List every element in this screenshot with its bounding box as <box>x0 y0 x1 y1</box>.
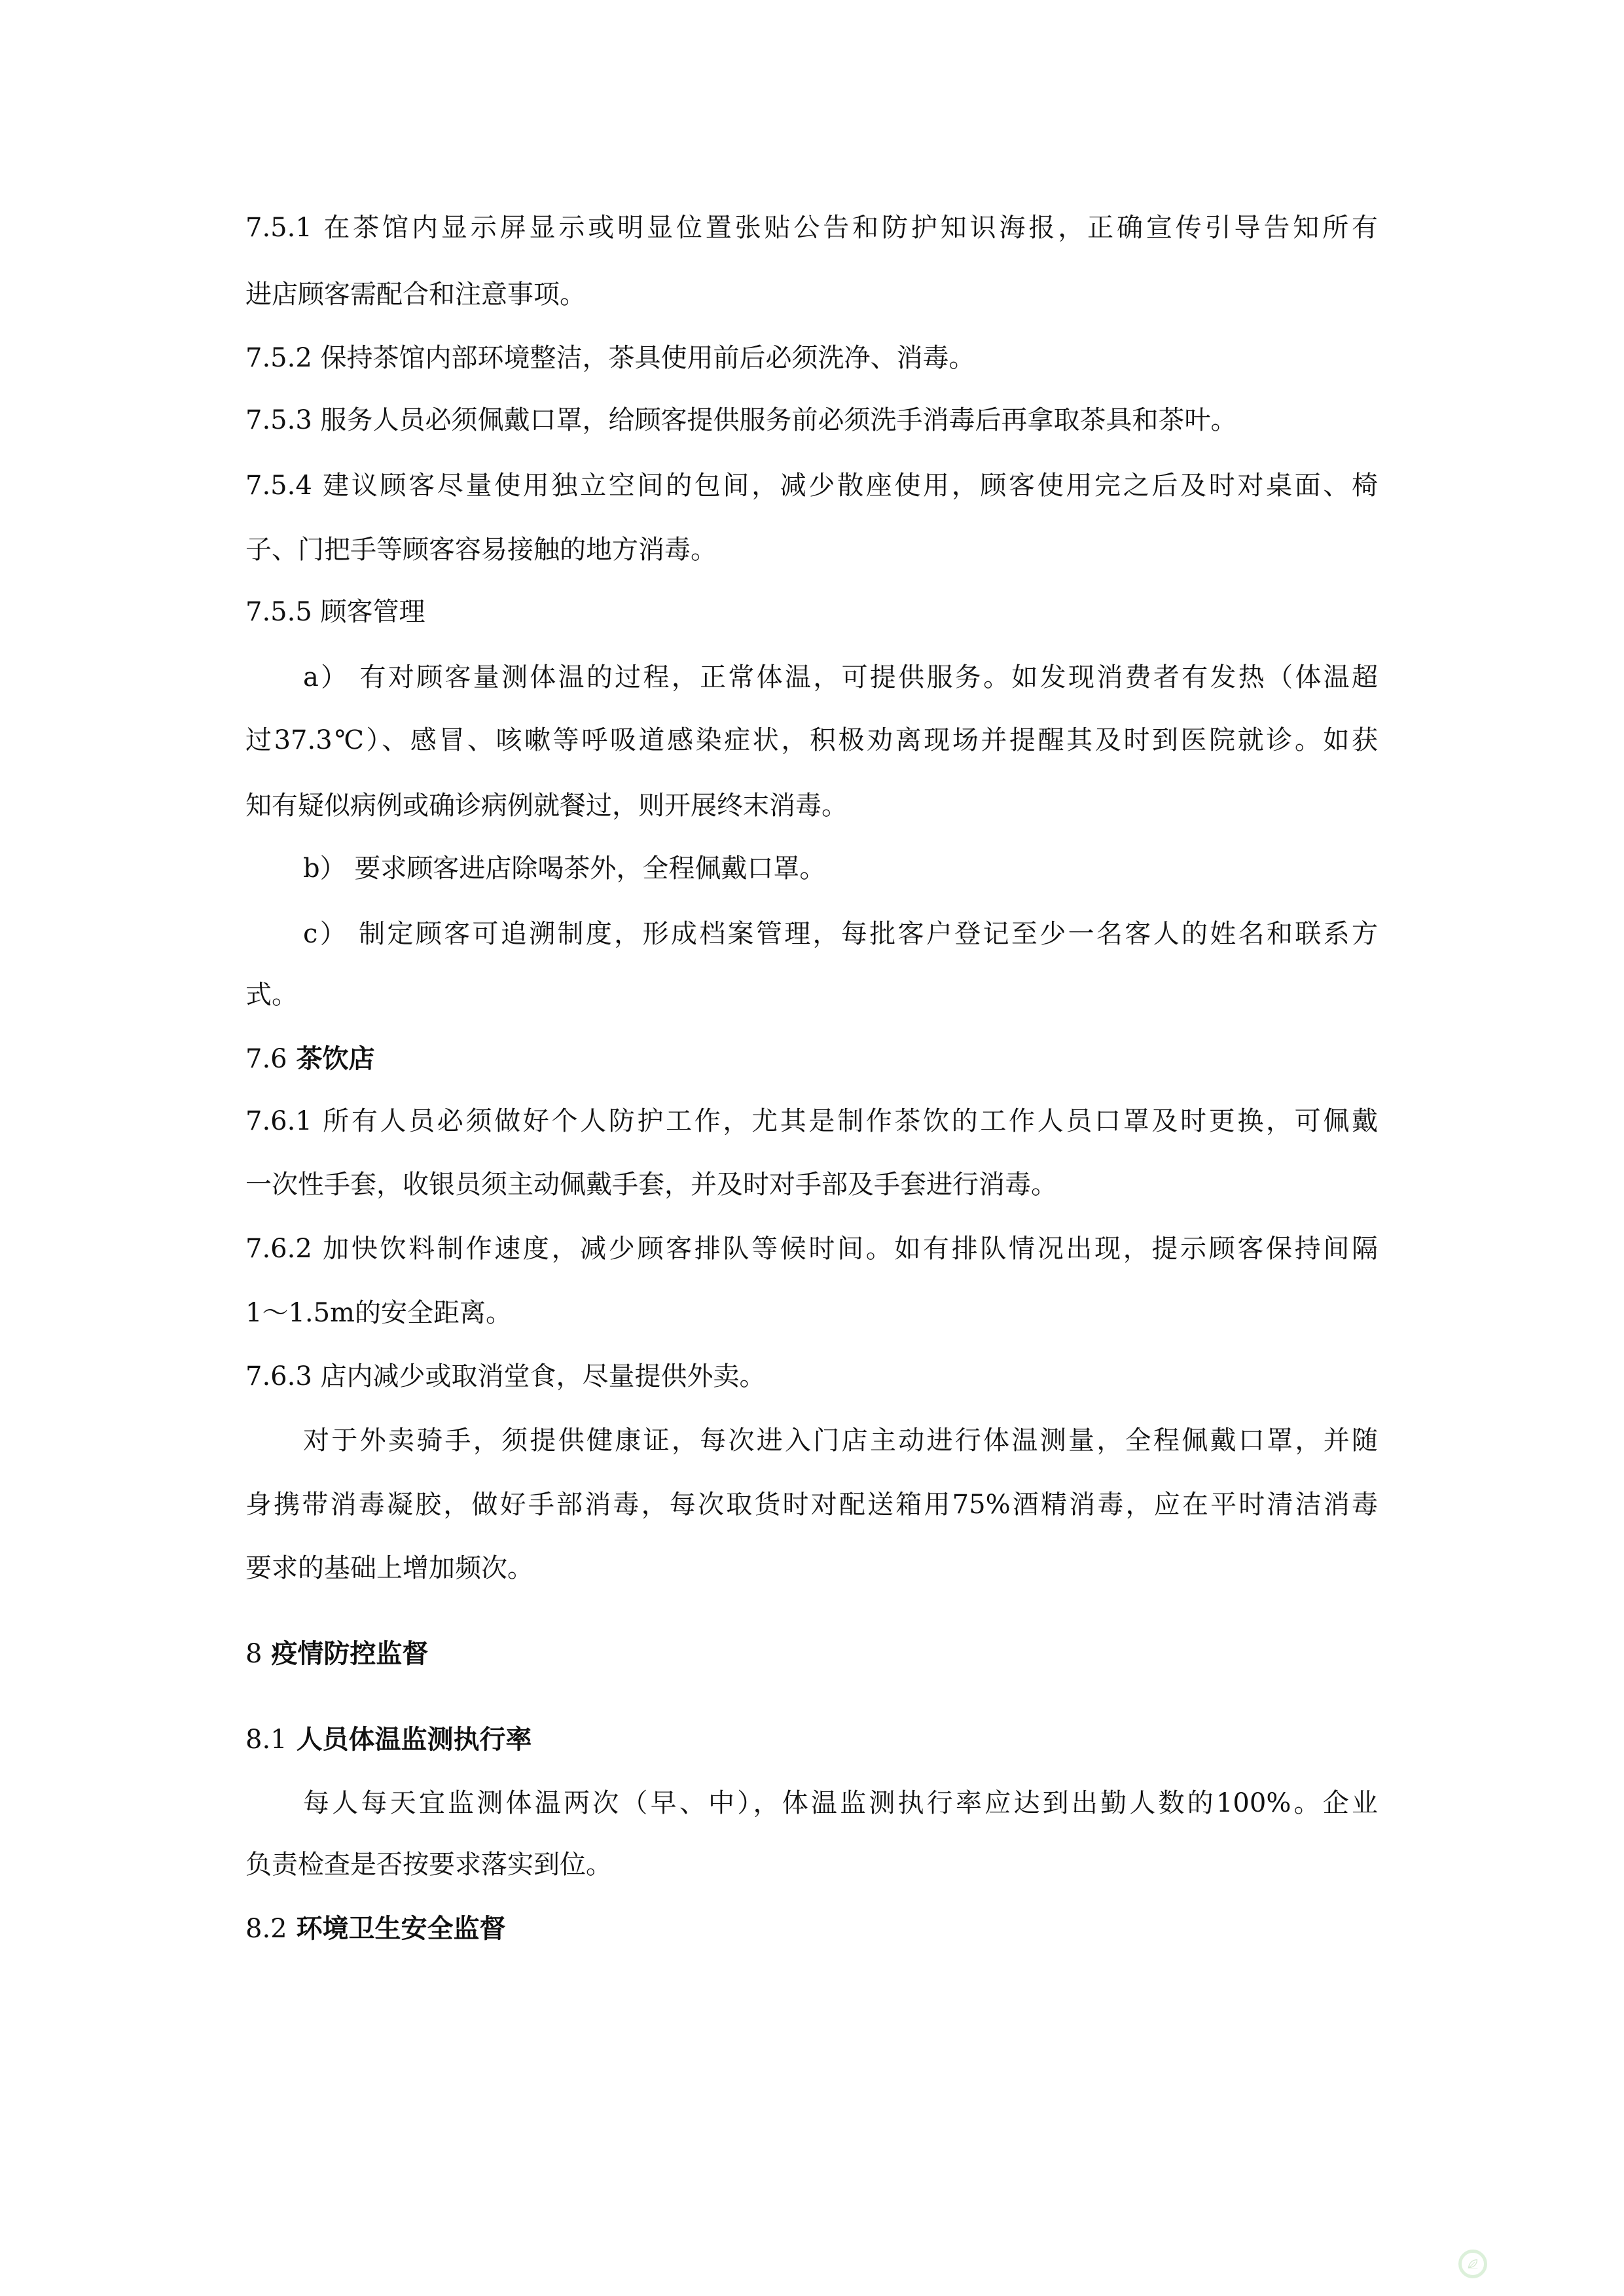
section-heading-8-1: 8.1 人员体温监测执行率 <box>245 1721 532 1758</box>
paragraph-delivery-line-2: 身携带消毒凝胶，做好手部消毒，每次取货时对配送箱用75%酒精消毒，应在平时清洁消… <box>245 1486 1378 1523</box>
leaf-icon <box>1466 2257 1480 2271</box>
document-page: 7.5.1 在茶馆内显示屏显示或明显位置张贴公告和防护知识海报，正确宣传引导告知… <box>0 0 1624 2296</box>
subheading-7-5-5: 7.5.5 顾客管理 <box>245 594 425 630</box>
list-item-c-line-2: 式。 <box>245 977 298 1013</box>
paragraph-7-6-2-line-1: 7.6.2 加快饮料制作速度，减少顾客排队等候时间。如有排队情况出现，提示顾客保… <box>245 1230 1378 1267</box>
section-title: 环境卫生安全监督 <box>297 1914 506 1944</box>
section-title: 人员体温监测执行率 <box>297 1725 532 1755</box>
list-item-a-line-3: 知有疑似病例或确诊病例就餐过，则开展终末消毒。 <box>245 787 848 824</box>
list-item-a-line-2: 过37.3℃）、感冒、咳嗽等呼吸道感染症状，积极劝离现场并提醒其及时到医院就诊。… <box>245 722 1378 759</box>
section-number: 8 <box>245 1639 262 1669</box>
paragraph-7-5-4-line-1: 7.5.4 建议顾客尽量使用独立空间的包间，减少散座使用，顾客使用完之后及时对桌… <box>245 467 1378 504</box>
paragraph-delivery-line-3: 要求的基础上增加频次。 <box>245 1550 533 1587</box>
section-heading-8-2: 8.2 环境卫生安全监督 <box>245 1910 506 1947</box>
section-number: 8.1 <box>245 1725 287 1755</box>
paragraph-7-6-3: 7.6.3 店内减少或取消堂食，尽量提供外卖。 <box>245 1358 766 1395</box>
paragraph-7-6-2-line-2: 1～1.5m的安全距离。 <box>245 1295 512 1331</box>
list-item-c-line-1: c） 制定顾客可追溯制度，形成档案管理，每批客户登记至少一名客人的姓名和联系方 <box>303 916 1378 952</box>
section-number: 7.6 <box>245 1044 287 1074</box>
paragraph-7-6-1-line-2: 一次性手套，收银员须主动佩戴手套，并及时对手部及手套进行消毒。 <box>245 1166 1057 1203</box>
paragraph-7-5-4-line-2: 子、门把手等顾客容易接触的地方消毒。 <box>245 531 717 568</box>
list-item-a-line-1: a） 有对顾客量测体温的过程，正常体温，可提供服务。如发现消费者有发热（体温超 <box>303 659 1378 696</box>
paragraph-7-5-3: 7.5.3 服务人员必须佩戴口罩，给顾客提供服务前必须洗手消毒后再拿取茶具和茶叶… <box>245 402 1237 439</box>
section-title: 茶饮店 <box>297 1044 375 1074</box>
list-item-b: b） 要求顾客进店除喝茶外，全程佩戴口罩。 <box>303 850 825 887</box>
paragraph-8-1-line-1: 每人每天宜监测体温两次（早、中），体温监测执行率应达到出勤人数的100%。企业 <box>303 1785 1378 1821</box>
paragraph-7-5-2: 7.5.2 保持茶馆内部环境整洁，茶具使用前后必须洗净、消毒。 <box>245 340 975 376</box>
leaf-seal-icon <box>1458 2250 1487 2278</box>
paragraph-8-1-line-2: 负责检查是否按要求落实到位。 <box>245 1846 612 1883</box>
paragraph-7-6-1-line-1: 7.6.1 所有人员必须做好个人防护工作，尤其是制作茶饮的工作人员口罩及时更换，… <box>245 1103 1378 1139</box>
paragraph-7-5-1-line-1: 7.5.1 在茶馆内显示屏显示或明显位置张贴公告和防护知识海报，正确宣传引导告知… <box>245 209 1378 246</box>
section-title: 疫情防控监督 <box>271 1639 428 1669</box>
paragraph-7-5-1-line-2: 进店顾客需配合和注意事项。 <box>245 276 586 313</box>
chapter-heading-8: 8 疫情防控监督 <box>245 1636 428 1672</box>
section-number: 8.2 <box>245 1914 287 1944</box>
paragraph-delivery-line-1: 对于外卖骑手，须提供健康证，每次进入门店主动进行体温测量，全程佩戴口罩，并随 <box>303 1422 1378 1459</box>
section-heading-7-6: 7.6 茶饮店 <box>245 1041 375 1077</box>
